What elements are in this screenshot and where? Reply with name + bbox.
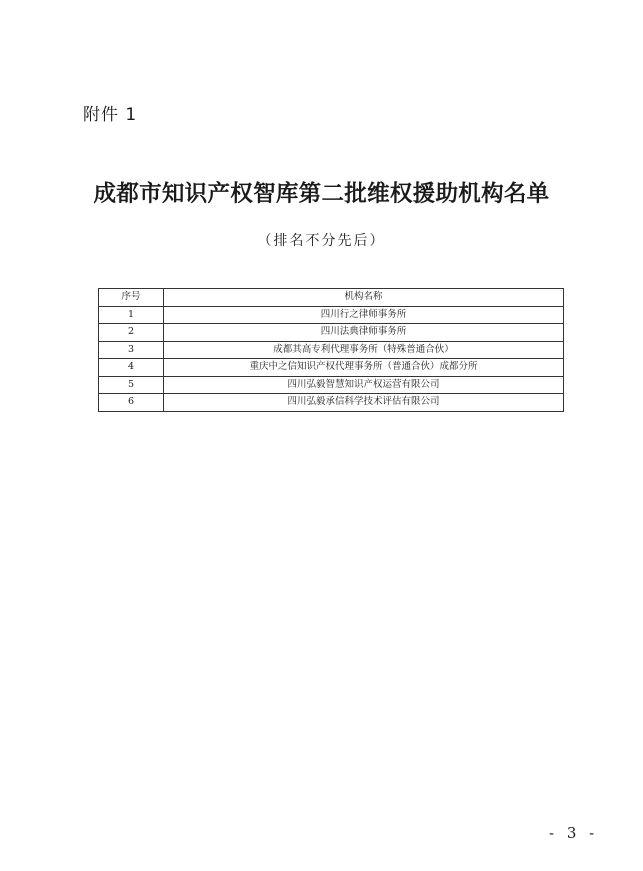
table-row: 6 四川弘毅承信科学技术评估有限公司	[99, 394, 564, 412]
row-index: 2	[99, 324, 164, 342]
table-header-row: 序号 机构名称	[99, 289, 564, 307]
institution-name: 四川弘毅智慧知识产权运营有限公司	[164, 376, 564, 394]
institution-name: 四川行之律师事务所	[164, 306, 564, 324]
document-subtitle: （排名不分先后）	[0, 230, 643, 250]
page-number: - 3 -	[549, 824, 598, 842]
column-header-name: 机构名称	[164, 289, 564, 307]
institution-name: 成都其高专利代理事务所（特殊普通合伙）	[164, 341, 564, 359]
table-row: 5 四川弘毅智慧知识产权运营有限公司	[99, 376, 564, 394]
table-row: 3 成都其高专利代理事务所（特殊普通合伙）	[99, 341, 564, 359]
institution-name: 重庆中之信知识产权代理事务所（普通合伙）成都分所	[164, 359, 564, 377]
table-row: 1 四川行之律师事务所	[99, 306, 564, 324]
row-index: 6	[99, 394, 164, 412]
row-index: 3	[99, 341, 164, 359]
row-index: 5	[99, 376, 164, 394]
institution-name: 四川法典律师事务所	[164, 324, 564, 342]
institution-table: 序号 机构名称 1 四川行之律师事务所 2 四川法典律师事务所 3 成都其高专利…	[98, 288, 564, 412]
table-row: 4 重庆中之信知识产权代理事务所（普通合伙）成都分所	[99, 359, 564, 377]
attachment-label: 附件 1	[83, 100, 137, 125]
column-header-index: 序号	[99, 289, 164, 307]
institution-name: 四川弘毅承信科学技术评估有限公司	[164, 394, 564, 412]
row-index: 1	[99, 306, 164, 324]
row-index: 4	[99, 359, 164, 377]
table-row: 2 四川法典律师事务所	[99, 324, 564, 342]
document-title: 成都市知识产权智库第二批维权援助机构名单	[0, 176, 643, 208]
